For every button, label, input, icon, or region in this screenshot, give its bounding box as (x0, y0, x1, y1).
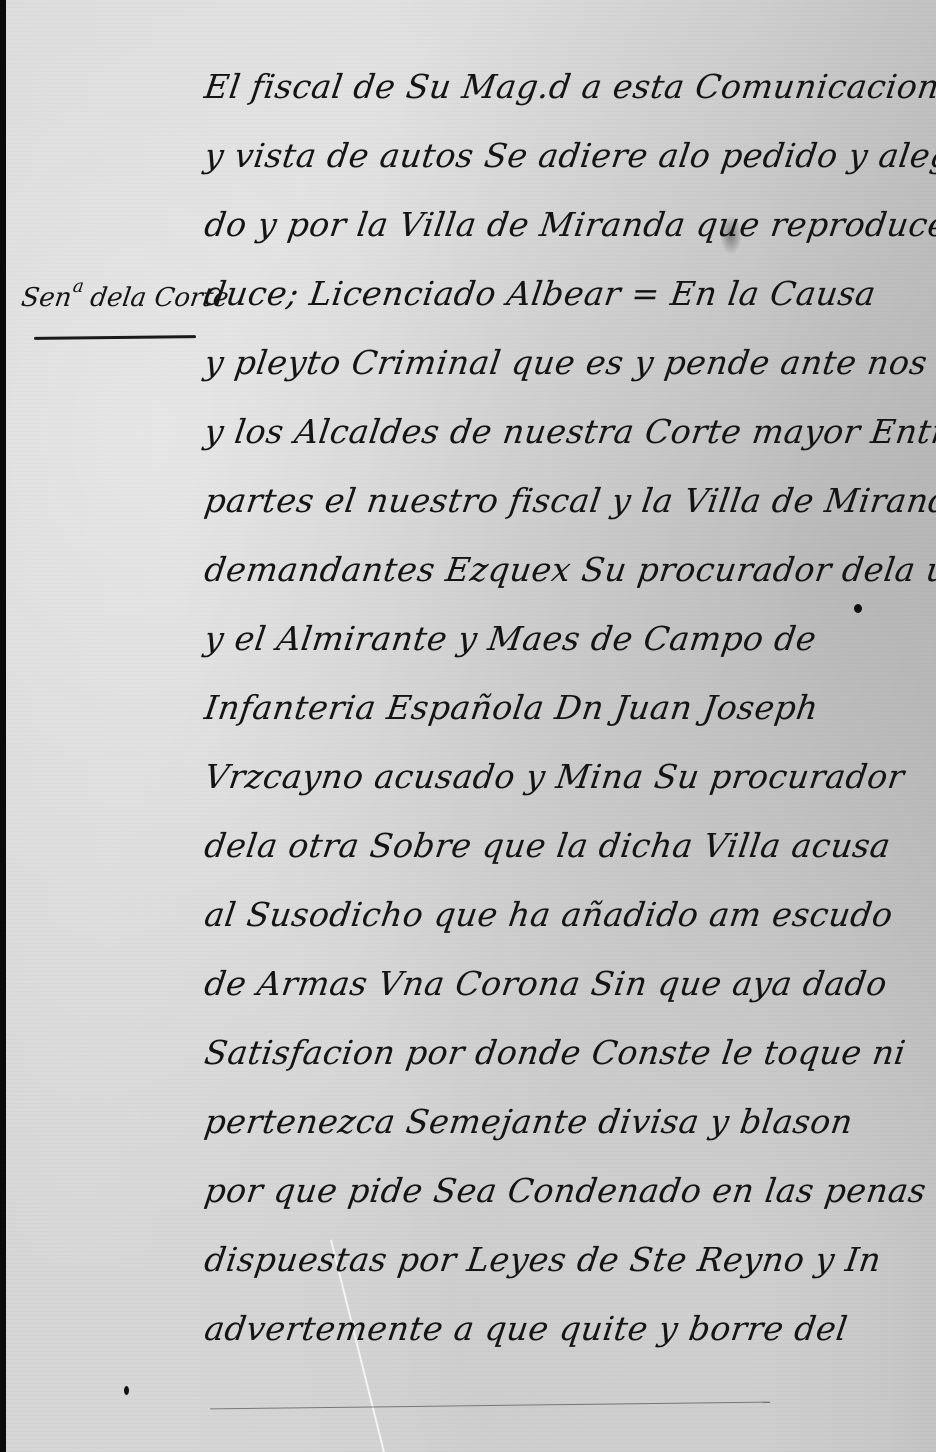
manuscript-line: al Susodicho que ha añadido am escudo (200, 880, 850, 949)
manuscript-line: duce; Licenciado Albear = En la Causa (200, 259, 850, 328)
manuscript-page: Sena dela Corte El fiscal de Su Mag.d a … (0, 0, 936, 1452)
manuscript-line: y pleyto Criminal que es y pende ante no… (200, 328, 850, 397)
manuscript-line: y vista de autos Se adiere alo pedido y … (200, 121, 850, 190)
manuscript-line: demandantes Ezquex Su procurador dela un… (200, 535, 850, 604)
manuscript-line: de Armas Vna Corona Sin que aya dado (200, 949, 850, 1018)
manuscript-line: do y por la Villa de Miranda que reprodu… (200, 190, 850, 259)
manuscript-line: Vrzcayno acusado y Mina Su procurador (200, 742, 850, 811)
manuscript-line: El fiscal de Su Mag.d a esta Comunicacio… (200, 52, 850, 121)
manuscript-line: partes el nuestro fiscal y la Villa de M… (200, 466, 850, 535)
manuscript-body: El fiscal de Su Mag.d a esta Comunicacio… (200, 52, 840, 1363)
scan-left-border (0, 0, 6, 1452)
ink-dot (854, 604, 862, 613)
manuscript-line: Infanteria Española Dn Juan Joseph (200, 673, 850, 742)
margin-note-text: Sen (19, 283, 73, 313)
manuscript-line: y el Almirante y Maes de Campo de (200, 604, 850, 673)
manuscript-line: advertemente a que quite y borre del (200, 1294, 850, 1363)
manuscript-line: dispuestas por Leyes de Ste Reyno y In (200, 1225, 850, 1294)
margin-note-underline (34, 335, 196, 340)
manuscript-line: Satisfacion por donde Conste le toque ni (200, 1018, 850, 1087)
bottom-ruled-line (210, 1402, 770, 1410)
manuscript-line: por que pide Sea Condenado en las penas (200, 1156, 850, 1225)
ink-dot (124, 1386, 129, 1395)
manuscript-line: y los Alcaldes de nuestra Corte mayor En… (200, 397, 850, 466)
manuscript-line: pertenezca Semejante divisa y blason (200, 1087, 850, 1156)
manuscript-line: dela otra Sobre que la dicha Villa acusa (200, 811, 850, 880)
